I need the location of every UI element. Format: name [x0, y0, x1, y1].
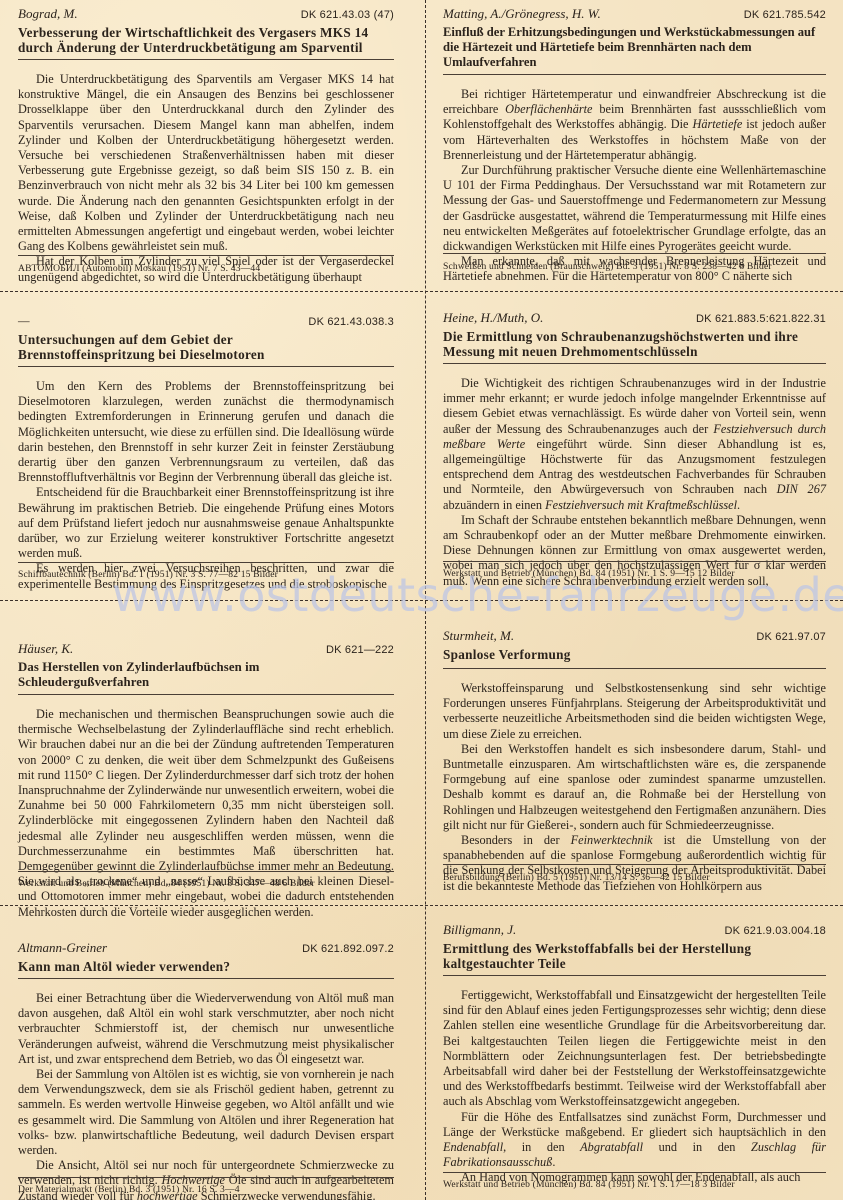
title-rule — [443, 975, 826, 976]
abstract-paragraph: Werkstoffeinsparung und Selbstkostensenk… — [443, 681, 826, 742]
abstract-paragraph: Die Wichtigkeit des richtigen Schraubena… — [443, 376, 826, 513]
card-source: АВТОМОБИЛ (Automobil) Moskau (1951) Nr. … — [18, 263, 394, 274]
source-rule — [443, 1172, 826, 1173]
card-abstract: Werkstoffeinsparung und Selbstkostensenk… — [443, 681, 826, 894]
source-rule — [443, 864, 826, 865]
card-title: Untersuchungen auf dem Gebiet der Brenns… — [18, 332, 358, 362]
abstract-paragraph: Bei richtiger Härtetemperatur und einwan… — [443, 87, 826, 163]
card-source: Werkstatt und Betrieb (München) Bd. 84 (… — [18, 878, 394, 889]
source-rule — [443, 253, 826, 254]
title-rule — [443, 668, 826, 669]
title-rule — [18, 978, 394, 979]
horizontal-cut-line — [0, 291, 843, 292]
source-rule — [18, 1177, 394, 1178]
abstract-paragraph: Um den Kern des Problems der Brennstoffe… — [18, 379, 394, 485]
card-title: Die Ermittlung von Schraubenanzugshöchst… — [443, 329, 826, 359]
abstract-paragraph: Die Unterdruckbetätigung des Sparventils… — [18, 72, 394, 254]
source-rule — [18, 871, 394, 872]
card-source: Schweißen und Schneiden (Braunschweig) B… — [443, 261, 826, 272]
title-rule — [443, 363, 826, 364]
abstract-paragraph: Bei der Sammlung von Altölen ist es wich… — [18, 1067, 394, 1158]
card-source: Der Materialmarkt (Berlin) Bd. 3 (1951) … — [18, 1184, 394, 1195]
source-rule — [443, 561, 826, 562]
card-title: Kann man Altöl wieder verwenden? — [18, 959, 394, 974]
card-dk-number: DK 621.9.03.004.18 — [725, 925, 826, 937]
abstract-card: Billigmann, J. DK 621.9.03.004.18 Ermitt… — [443, 922, 826, 1192]
abstract-paragraph: Entscheidend für die Brauchbarkeit einer… — [18, 485, 394, 561]
card-title: Spanlose Verformung — [443, 647, 826, 662]
title-rule — [443, 74, 826, 75]
card-author: Häuser, K. — [18, 641, 73, 657]
card-abstract: Bei einer Betrachtung über die Wiederver… — [18, 991, 394, 1200]
abstract-paragraph: Bei einer Betrachtung über die Wiederver… — [18, 991, 394, 1067]
abstract-card: Matting, A./Grönegress, H. W. DK 621.785… — [443, 6, 826, 286]
abstract-card: Sturmheit, M. DK 621.97.07 Spanlose Verf… — [443, 628, 826, 888]
title-rule — [18, 694, 394, 695]
card-dk-number: DK 621.43.038.3 — [308, 316, 394, 328]
card-author: Bograd, M. — [18, 6, 78, 22]
abstract-paragraph: Für die Höhe des Entfallsatzes sind zunä… — [443, 1110, 826, 1171]
card-author: Billigmann, J. — [443, 922, 516, 938]
title-rule — [18, 366, 394, 367]
card-source: Werkstatt und Betrieb (München) Bd. 84 (… — [443, 568, 826, 579]
card-dk-number: DK 621.892.097.2 — [302, 943, 394, 955]
card-author: Matting, A./Grönegress, H. W. — [443, 6, 601, 22]
card-title: Ermittlung des Werkstoffabfalls bei der … — [443, 941, 826, 971]
abstract-paragraph: Zur Durchführung praktischer Versuche di… — [443, 163, 826, 254]
card-dk-number: DK 621.883.5:621.822.31 — [696, 313, 826, 325]
abstract-paragraph: Fertiggewicht, Werkstoffabfall und Einsa… — [443, 988, 826, 1110]
index-card-sheet: Bograd, M. DK 621.43.03 (47) Verbesserun… — [0, 0, 843, 1200]
card-dk-number: DK 621—222 — [326, 644, 394, 656]
card-title: Das Herstellen von Zylinderlaufbüchsen i… — [18, 660, 394, 690]
abstract-card: Bograd, M. DK 621.43.03 (47) Verbesserun… — [18, 6, 394, 286]
card-source: Werkstatt und Betrieb (München) Bd. 84 (… — [443, 1179, 826, 1190]
card-source: Berufsbildung (Berlin) Bd. 5 (1951) Nr. … — [443, 872, 826, 883]
card-abstract: Bei richtiger Härtetemperatur und einwan… — [443, 87, 826, 285]
abstract-card: Häuser, K. DK 621—222 Das Herstellen von… — [18, 641, 394, 891]
card-abstract: Die Wichtigkeit des richtigen Schraubena… — [443, 376, 826, 589]
abstract-paragraph: Bei den Werkstoffen handelt es sich insb… — [443, 742, 826, 833]
card-author: Altmann-Greiner — [18, 940, 107, 956]
card-author: — — [18, 313, 30, 329]
card-abstract: Um den Kern des Problems der Brennstoffe… — [18, 379, 394, 592]
horizontal-cut-line — [0, 600, 843, 601]
card-title: Einfluß der Erhitzungsbedingungen und We… — [443, 25, 826, 70]
title-rule — [18, 59, 394, 60]
card-dk-number: DK 621.97.07 — [756, 631, 826, 643]
source-rule — [18, 255, 394, 256]
abstract-card: Heine, H./Muth, O. DK 621.883.5:621.822.… — [443, 310, 826, 590]
card-dk-number: DK 621.43.03 (47) — [301, 9, 394, 21]
card-abstract: Die Unterdruckbetätigung des Sparventils… — [18, 72, 394, 285]
card-dk-number: DK 621.785.542 — [744, 9, 826, 21]
card-source: Schiffbautechnik (Berlin) Bd. 1 (1951) N… — [18, 569, 394, 580]
card-abstract: Fertiggewicht, Werkstoffabfall und Einsa… — [443, 988, 826, 1186]
card-author: Heine, H./Muth, O. — [443, 310, 543, 326]
card-title: Verbesserung der Wirtschaftlichkeit des … — [18, 25, 394, 55]
abstract-card: Altmann-Greiner DK 621.892.097.2 Kann ma… — [18, 940, 394, 1195]
abstract-card: — DK 621.43.038.3 Untersuchungen auf dem… — [18, 313, 394, 593]
card-author: Sturmheit, M. — [443, 628, 514, 644]
source-rule — [18, 562, 394, 563]
